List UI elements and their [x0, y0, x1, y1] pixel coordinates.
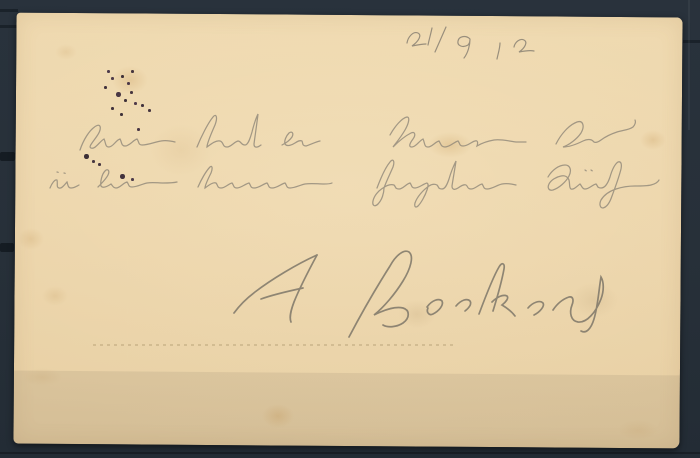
mat-groove	[0, 9, 18, 12]
postcard	[13, 13, 682, 449]
mat-seam	[688, 0, 690, 130]
mat-groove	[0, 152, 15, 161]
transcription: 21/9/12 Von Bord der Hansa Dir u. den De…	[0, 0, 1, 1]
mat-groove	[0, 243, 14, 252]
card-lower-band	[13, 371, 680, 449]
mat-groove	[683, 40, 700, 43]
transcription-date: 21/9/12	[0, 0, 1, 1]
mat-groove	[0, 25, 18, 28]
photo-mat-background: 21/9/12 Von Bord der Hansa Dir u. den De…	[0, 0, 700, 458]
ink-speckles	[111, 77, 114, 80]
mat-groove	[0, 452, 700, 454]
